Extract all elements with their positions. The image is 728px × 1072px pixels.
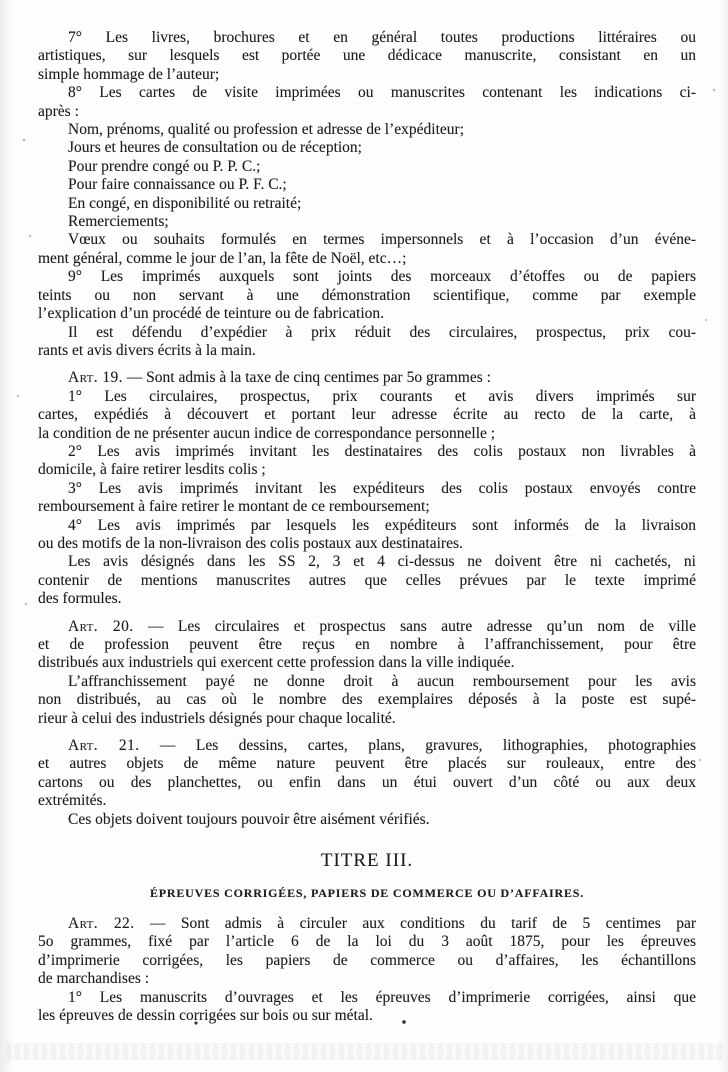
text-line: remboursement à faire retirer le montant…	[38, 498, 696, 516]
text-line: Art. 20. — Les circulaires et prospectus…	[38, 618, 696, 636]
text-line: après :	[38, 103, 696, 121]
text-line: En congé, en disponibilité ou retraité;	[38, 195, 696, 213]
text-line: 8° Les cartes de visite imprimées ou man…	[38, 84, 696, 102]
text-line: Il est défendu d’expédier à prix réduit …	[38, 324, 696, 342]
text-line: rants et avis divers écrits à la main.	[38, 342, 696, 360]
text-line: et de profession peuvent être reçus en n…	[38, 636, 696, 654]
text-line: Jours et heures de consultation ou de ré…	[38, 139, 696, 157]
article-number: Art. 22.	[68, 915, 135, 932]
text-line: des formules.	[38, 590, 696, 608]
text-line: la condition de ne présenter aucun indic…	[38, 425, 696, 443]
text-line: distribués aux industriels qui exercent …	[38, 654, 696, 672]
document-text-block: 7° Les livres, brochures et en général t…	[38, 29, 696, 1026]
text-line: ou des motifs de la non-livraison des co…	[38, 535, 696, 553]
text-line: rieur à celui des industriels désignés p…	[38, 710, 696, 728]
text-line: l’explication d’un procédé de teinture o…	[38, 305, 696, 323]
text-line: Pour prendre congé ou P. P. C.;	[38, 158, 696, 176]
text-line: de marchandises :	[38, 970, 696, 988]
text-line: Ces objets doivent toujours pouvoir être…	[38, 811, 696, 829]
text-line: 3° Les avis imprimés invitant les expédi…	[38, 480, 696, 498]
text-line: extrémités.	[38, 792, 696, 810]
scanned-document-page: 7° Les livres, brochures et en général t…	[0, 0, 728, 1072]
chapter-subtitle: ÉPREUVES CORRIGÉES, PAPIERS DE COMMERCE …	[38, 886, 696, 900]
article-number: Art. 21.	[68, 737, 139, 754]
text-line: Pour faire connaissance ou P. F. C.;	[38, 176, 696, 194]
article-number: Art. 20.	[68, 618, 134, 635]
text-line: Vœux ou souhaits formulés en termes impe…	[38, 231, 696, 249]
text-line: Les avis désignés dans les SS 2, 3 et 4 …	[38, 553, 696, 571]
text-line: cartons ou des planchettes, ou enfin dan…	[38, 774, 696, 792]
text-line: d’imprimerie corrigées, les papiers de c…	[38, 952, 696, 970]
article-number: Art. 19.	[68, 369, 123, 386]
text-line: et autres objets de même nature peuvent …	[38, 755, 696, 773]
text-line: contenir de mentions manuscrites autres …	[38, 572, 696, 590]
text-line: simple hommage de l’auteur;	[38, 66, 696, 84]
text-line: 7° Les livres, brochures et en général t…	[38, 29, 696, 47]
text-line: les épreuves de dessin corrigées sur boi…	[38, 1007, 696, 1025]
text-line: artistiques, sur lesquels est portée une…	[38, 47, 696, 65]
text-line: Nom, prénoms, qualité ou profession et a…	[38, 121, 696, 139]
text-line: 1° Les circulaires, prospectus, prix cou…	[38, 388, 696, 406]
text-line: Remerciements;	[38, 213, 696, 231]
text-line: 9° Les imprimés auxquels sont joints des…	[38, 268, 696, 286]
text-line: teints ou non servant à une démonstratio…	[38, 287, 696, 305]
text-line: 5o grammes, fixé par l’article 6 de la l…	[38, 933, 696, 951]
scan-edge-band	[6, 1043, 726, 1060]
text-line: 1° Les manuscrits d’ouvrages et les épre…	[38, 989, 696, 1007]
text-line: 4° Les avis imprimés par lesquels les ex…	[38, 517, 696, 535]
titre-heading: TITRE III.	[38, 850, 696, 872]
text-line: L’affranchissement payé ne donne droit à…	[38, 673, 696, 691]
text-line: non distribués, au cas où le nombre des …	[38, 691, 696, 709]
text-line: domicile, à faire retirer lesdits colis …	[38, 461, 696, 479]
text-line: ment général, comme le jour de l’an, la …	[38, 250, 696, 268]
text-line: Art. 21. — Les dessins, cartes, plans, g…	[38, 737, 696, 755]
text-line: 2° Les avis imprimés invitant les destin…	[38, 443, 696, 461]
text-line: cartes, expédiés à découvert et portant …	[38, 406, 696, 424]
text-line: Art. 22. — Sont admis à circuler aux con…	[38, 915, 696, 933]
text-line: Art. 19. — Sont admis à la taxe de cinq …	[38, 369, 696, 387]
